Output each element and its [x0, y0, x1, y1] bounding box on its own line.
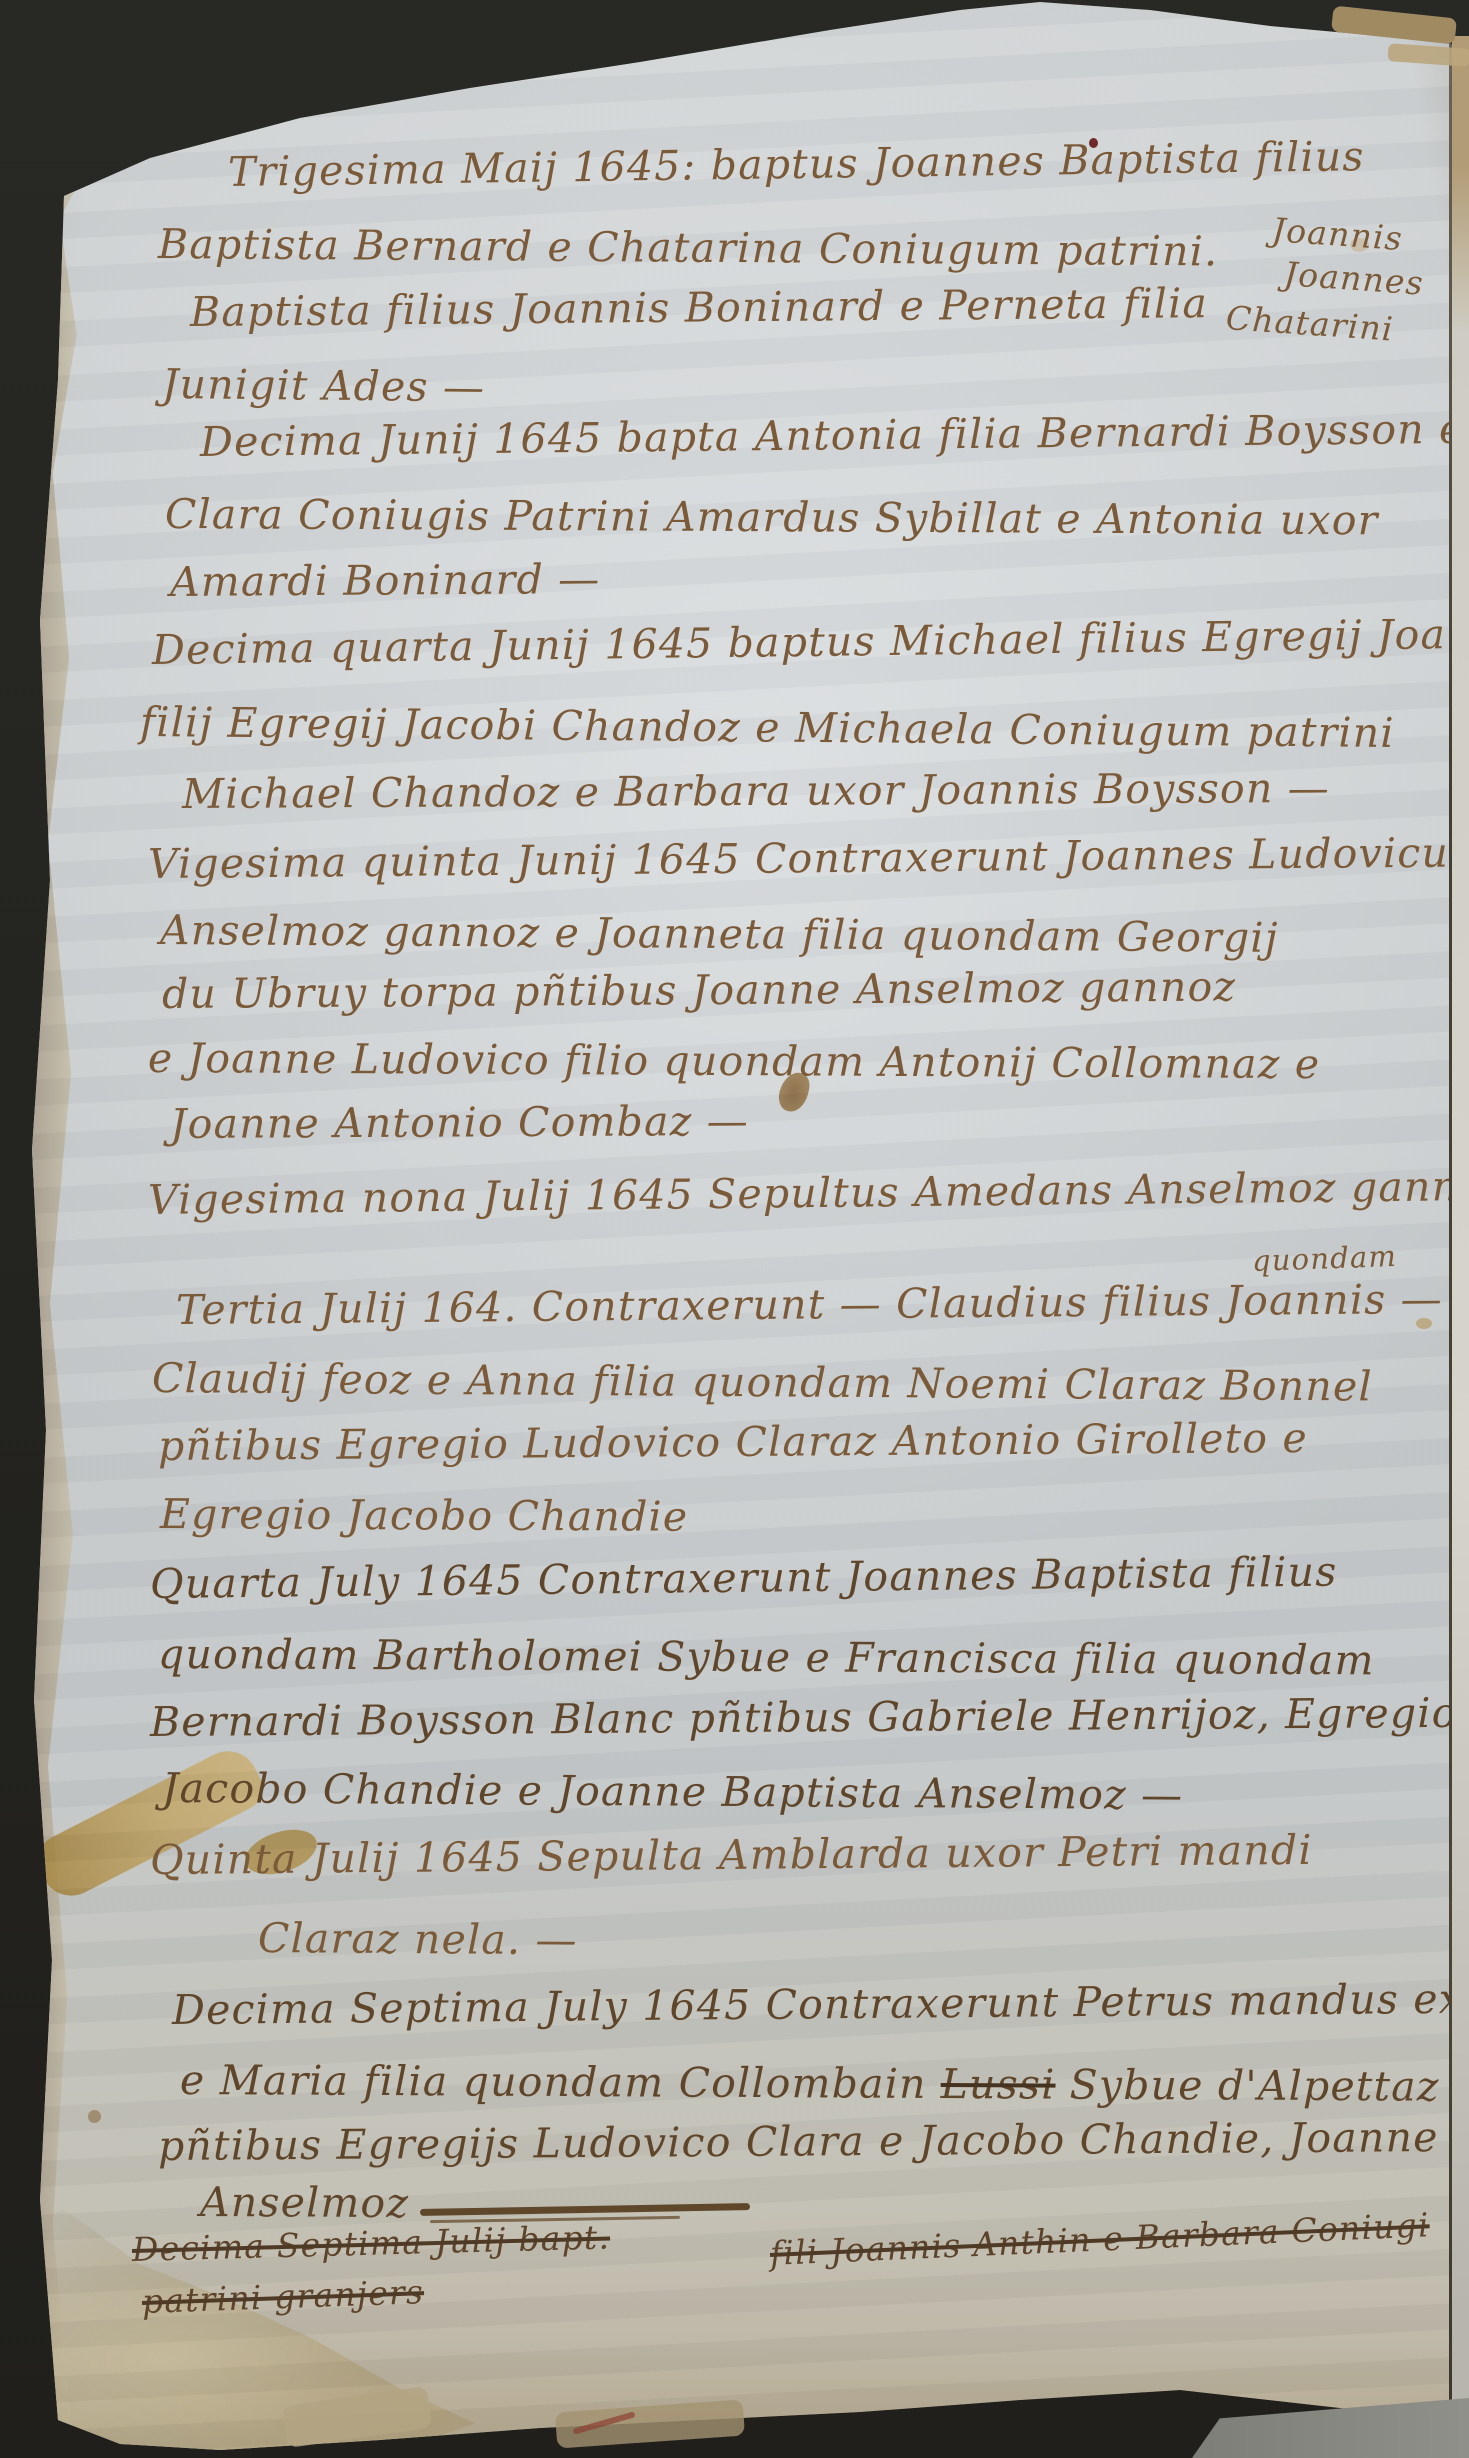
- register-line: Bernardi Boysson Blanc pñtibus Gabriele …: [150, 1691, 1458, 1745]
- register-line: pñtibus Egregijs Ludovico Clara e Jacobo…: [158, 2114, 1469, 2169]
- register-line: Quinta Julij 1645 Sepulta Amblarda uxor …: [150, 1828, 1313, 1883]
- register-line: Claraz nela. —: [258, 1916, 578, 1963]
- photo-backdrop: Trigesima Maij 1645: baptus Joannes Bapt…: [0, 0, 1469, 2458]
- register-line: Joanne Antonio Combaz —: [170, 1099, 749, 1147]
- line-fragment: Sybue d'Alpettaz: [1069, 2061, 1439, 2111]
- superscript-note: quondam: [1251, 1241, 1397, 1278]
- register-line: quondam Bartholomei Sybue e Francisca fi…: [158, 1632, 1375, 1683]
- register-line: Jacobo Chandie e Joanne Baptista Anselmo…: [162, 1766, 1184, 1818]
- struck-word: Lussi: [941, 2060, 1056, 2109]
- register-line: Junigit Ades —: [162, 362, 486, 410]
- book-page-edges: [1452, 36, 1469, 2408]
- register-line: Michael Chandoz e Barbara uxor Joannis B…: [182, 766, 1330, 817]
- register-line: Baptista filius Joannis Boninard e Perne…: [190, 281, 1208, 335]
- register-line: Clara Coniugis Patrini Amardus Sybillat …: [165, 492, 1379, 543]
- register-line: Amardi Boninard —: [170, 557, 601, 605]
- register-line: Anselmoz gannoz e Joanneta filia quondam…: [160, 908, 1279, 961]
- table-surface: [1192, 2398, 1469, 2458]
- register-line: Egregio Jacobo Chandie: [160, 1492, 688, 1540]
- torn-left-edge: [0, 150, 96, 2458]
- register-line: e Joanne Ludovico filio quondam Antonij …: [148, 1036, 1321, 1087]
- register-line: e Maria filia quondam CollombainLussiSyb…: [180, 2058, 1440, 2110]
- register-line: Baptista Bernard e Chatarina Coniugum pa…: [158, 222, 1219, 274]
- register-line: Claudij feoz e Anna filia quondam Noemi …: [152, 1356, 1373, 1410]
- register-line: Anselmoz: [200, 2180, 409, 2226]
- register-line: pñtibus Egregio Ludovico Claraz Antonio …: [158, 1416, 1308, 1469]
- register-line: du Ubruy torpa pñtibus Joanne Anselmoz g…: [162, 965, 1237, 1018]
- register-line: filij Egregij Jacobi Chandoz e Michaela …: [140, 700, 1395, 756]
- foxing-spot: [88, 2110, 101, 2123]
- line-fragment: e Maria filia quondam Collombain: [180, 2056, 927, 2108]
